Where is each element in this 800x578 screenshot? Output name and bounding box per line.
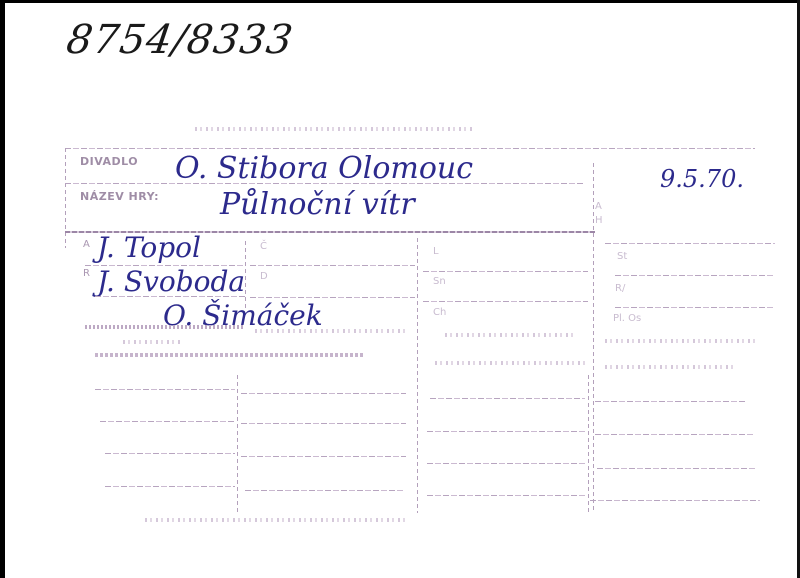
faint-label: Č <box>260 241 267 252</box>
grid-line <box>105 486 235 487</box>
faint-print-line <box>435 361 585 365</box>
grid-line <box>105 453 235 454</box>
archive-number: 8754/8333 <box>64 17 297 63</box>
right-row-line <box>605 243 775 244</box>
credit-line <box>95 296 245 297</box>
play-title-value: Půlnoční vítr <box>220 187 415 222</box>
grid-line <box>590 500 760 501</box>
theatre-value: O. Stibora Olomouc <box>175 151 473 186</box>
faint-print-line <box>123 340 183 344</box>
column-divider <box>417 238 418 513</box>
theatre-label: DIVADLO <box>80 155 138 168</box>
faint-label: St <box>617 251 627 262</box>
scanned-card: 8754/8333 DIVADLO O. Stibora Olomouc 9.5… <box>5 3 797 578</box>
faint-print-line <box>605 365 735 369</box>
role-letter: A <box>83 239 90 250</box>
row-line <box>250 297 415 298</box>
credit-author: J. Topol <box>97 231 201 264</box>
grid-line <box>595 434 755 435</box>
grid-line <box>241 456 406 457</box>
grid-line <box>427 431 587 432</box>
right-row-line <box>615 307 775 308</box>
faint-print-line <box>95 353 365 357</box>
grid-line <box>430 398 585 399</box>
grid-line <box>597 468 757 469</box>
faint-print-line <box>195 127 475 131</box>
row-line <box>423 301 588 302</box>
faint-label: L <box>433 246 439 257</box>
faint-label: D <box>260 271 268 282</box>
faint-label: A <box>595 201 602 212</box>
right-column-border <box>593 163 594 513</box>
grid-line <box>241 423 406 424</box>
grid-line <box>595 401 745 402</box>
faint-print-line <box>85 325 245 329</box>
role-letter: R <box>83 268 90 279</box>
faint-label: R/ <box>615 283 625 294</box>
faint-label: Sn <box>433 276 446 287</box>
faint-label: Pl. Os <box>613 313 641 324</box>
faint-label: H <box>595 215 603 226</box>
form-top-line <box>65 148 755 149</box>
row-line <box>423 271 588 272</box>
grid-line <box>100 421 235 422</box>
grid-line <box>95 389 235 390</box>
row-line <box>250 265 415 266</box>
grid-line <box>427 463 587 464</box>
grid-line <box>427 495 587 496</box>
date-value: 9.5.70. <box>660 165 744 193</box>
play-title-label: NÁZEV HRY: <box>80 190 159 203</box>
grid-column-divider <box>588 375 589 515</box>
faint-print-line <box>605 339 755 343</box>
faint-label: Ch <box>433 307 446 318</box>
right-row-line <box>615 275 775 276</box>
credit-director: J. Svoboda <box>97 265 245 298</box>
faint-print-line <box>445 333 575 337</box>
faint-print-line <box>145 518 405 522</box>
grid-column-divider <box>237 375 238 515</box>
grid-line <box>241 393 406 394</box>
faint-print-line <box>255 329 405 333</box>
grid-line <box>245 490 405 491</box>
row-divider <box>65 183 585 184</box>
column-divider <box>245 241 246 311</box>
form-left-border <box>65 148 66 248</box>
